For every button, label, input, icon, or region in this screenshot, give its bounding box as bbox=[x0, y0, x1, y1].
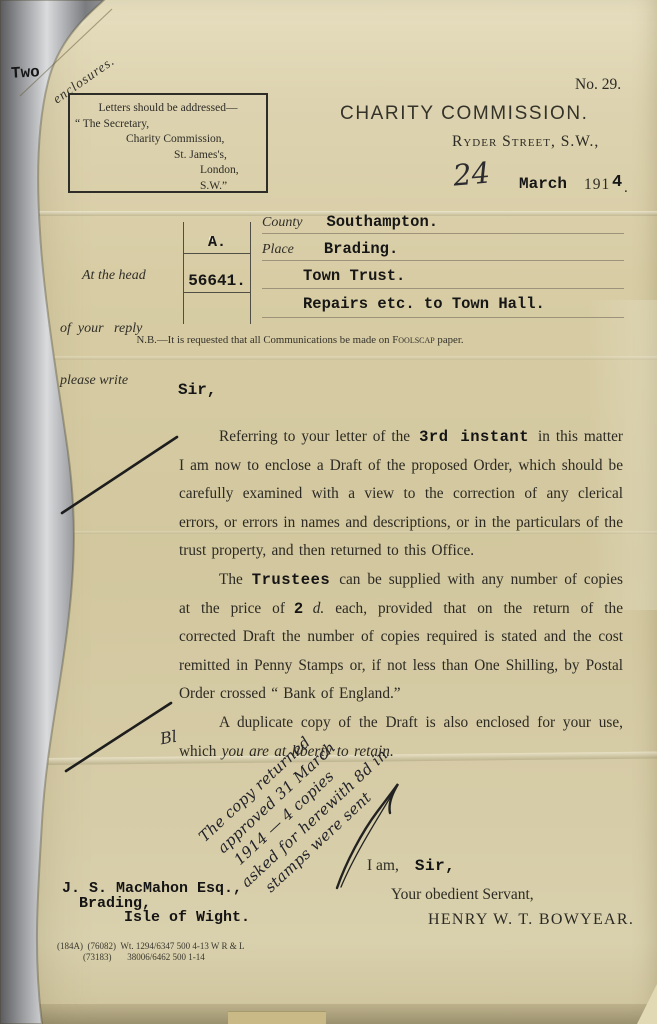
nb-footnote: N.B.—It is requested that all Communicat… bbox=[80, 334, 520, 346]
closing-servant: Your obedient Servant, bbox=[391, 886, 534, 904]
county-label: County bbox=[262, 215, 302, 231]
nb-text-end: paper. bbox=[435, 334, 464, 346]
document-number: No. 29. bbox=[575, 76, 621, 94]
scanned-letter-page: Two enclosures. No. 29. CHARITY COMMISSI… bbox=[0, 0, 657, 1024]
addressee-county: Isle of Wight. bbox=[62, 911, 250, 926]
trust-field: Town Trust. bbox=[262, 267, 624, 289]
address-box-line: St. James's, bbox=[70, 148, 266, 164]
subject-value: Repairs etc. to Town Hall. bbox=[303, 295, 545, 313]
printer-code-line: (184A) (76082) Wt. 1294/6347 500 4-13 W … bbox=[57, 941, 245, 952]
p2-text: The bbox=[219, 571, 243, 588]
address-box-line: Charity Commission, bbox=[70, 132, 266, 148]
street-address: Ryder Street, S.W., bbox=[452, 133, 599, 151]
page-corner-fold bbox=[637, 984, 657, 1024]
address-instruction-box: Letters should be addressed— “ The Secre… bbox=[68, 93, 268, 193]
clerk-initials: Bl bbox=[158, 727, 178, 749]
place-field: Place Brading. bbox=[262, 240, 624, 261]
signature-name: HENRY W. T. BOWYEAR. bbox=[428, 911, 634, 929]
p1-text: Referring to your letter of the bbox=[219, 428, 410, 445]
subject-field: Repairs etc. to Town Hall. bbox=[262, 295, 624, 318]
paragraph-3: A duplicate copy of the Draft is also en… bbox=[179, 709, 623, 766]
paragraph-2: TheTrusteescan be supplied with any numb… bbox=[179, 566, 623, 709]
nb-foolscap: Foolscap bbox=[392, 334, 434, 346]
trust-value: Town Trust. bbox=[303, 267, 405, 285]
typed-year-digit: 4 bbox=[612, 173, 622, 192]
reply-instruction-line: please write bbox=[60, 372, 178, 390]
p2-typed-price: 2 bbox=[294, 600, 304, 618]
printer-code-line: (73183) 38006/6462 500 1-14 bbox=[57, 952, 245, 963]
reply-instruction-line: At the head bbox=[60, 267, 178, 285]
closing-line: I am,Sir, bbox=[367, 857, 464, 875]
reference-number: 56641. bbox=[184, 254, 250, 293]
tape-fragment bbox=[228, 1011, 326, 1024]
address-box-heading: Letters should be addressed— bbox=[70, 101, 266, 117]
handwritten-date-day: 24 bbox=[452, 155, 492, 192]
paragraph-1: Referring to your letter of the3rd insta… bbox=[179, 423, 623, 566]
organisation-title: CHARITY COMMISSION. bbox=[340, 103, 589, 125]
p1-typed-insert: 3rd instant bbox=[419, 428, 529, 446]
closing-sir-typed: Sir, bbox=[415, 857, 455, 875]
address-box-line: London, S.W.” bbox=[70, 163, 266, 194]
address-box-line: “ The Secretary, bbox=[70, 117, 266, 133]
county-value: Southampton. bbox=[326, 213, 438, 231]
printer-codes: (184A) (76082) Wt. 1294/6347 500 4-13 W … bbox=[57, 941, 245, 963]
date-period: . bbox=[624, 180, 628, 197]
county-field: County Southampton. bbox=[262, 213, 624, 234]
p2-pence-abbrev: d. bbox=[313, 600, 324, 617]
reply-instruction: At the head of your reply please write bbox=[60, 232, 178, 425]
enclosure-count-stamp: Two bbox=[11, 63, 41, 82]
printed-year-prefix: 191 bbox=[584, 176, 610, 194]
p1-text-cont: in this matter I am now to enclose a Dra… bbox=[179, 428, 623, 559]
typed-date-month: March bbox=[519, 175, 567, 193]
p2-typed-trustees: Trustees bbox=[252, 571, 330, 589]
closing-iam: I am, bbox=[367, 857, 399, 874]
reference-code-column: A. 56641. bbox=[183, 222, 251, 324]
place-label: Place bbox=[262, 242, 294, 258]
nb-text: N.B.—It is requested that all Communicat… bbox=[136, 334, 392, 346]
addressee-block: J. S. MacMahon Esq., Brading, Isle of Wi… bbox=[62, 882, 250, 926]
salutation: Sir, bbox=[178, 381, 216, 399]
place-value: Brading. bbox=[324, 240, 398, 258]
reference-letter: A. bbox=[184, 222, 250, 254]
